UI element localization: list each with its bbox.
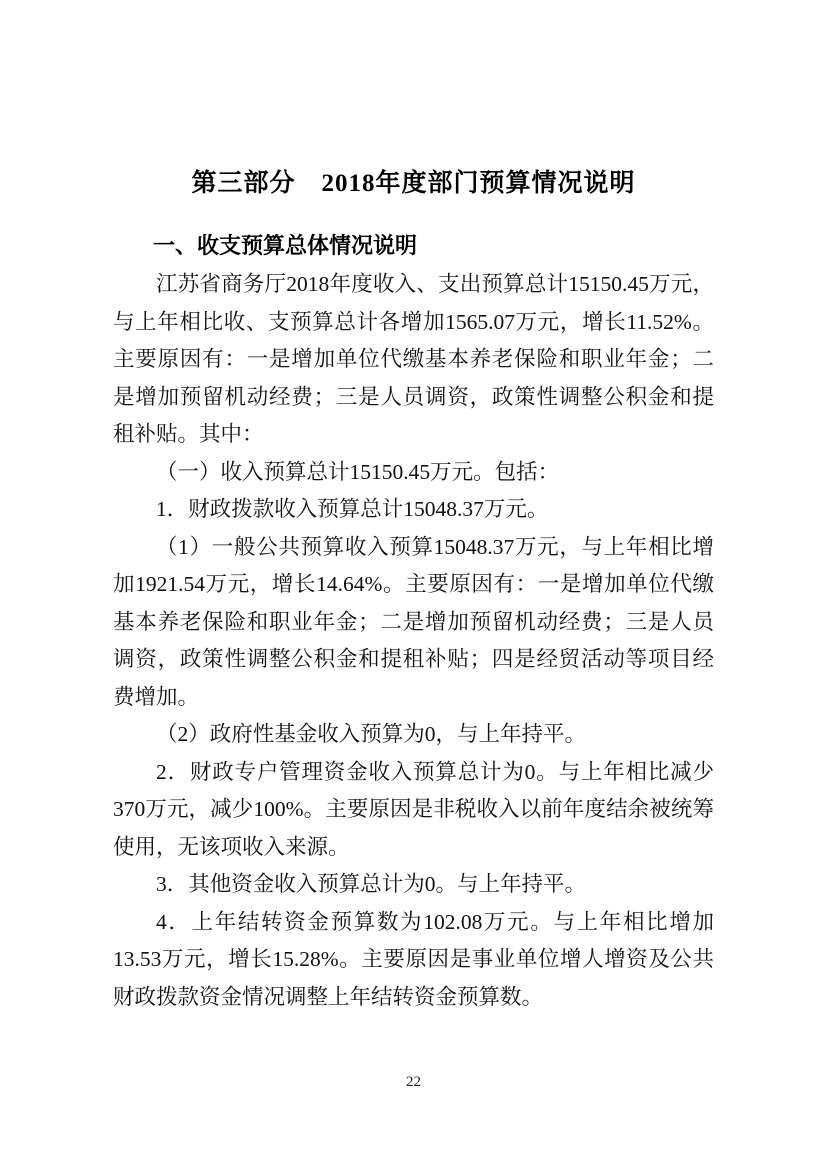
- document-body: 江苏省商务厅2018年度收入、支出预算总计15150.45万元，与上年相比收、支…: [113, 266, 714, 1016]
- paragraph-other-funds: 3．其他资金收入预算总计为0。与上年持平。: [113, 866, 714, 904]
- paragraph-carryover-funds: 4．上年结转资金预算数为102.08万元。与上年相比增加13.53万元，增长15…: [113, 904, 714, 1017]
- paragraph-income-total: （一）收入预算总计15150.45万元。包括：: [113, 454, 714, 492]
- document-title: 第三部分 2018年度部门预算情况说明: [113, 167, 714, 201]
- document-page: 第三部分 2018年度部门预算情况说明 一、收支预算总体情况说明 江苏省商务厅2…: [0, 0, 827, 1169]
- document-content: 第三部分 2018年度部门预算情况说明 一、收支预算总体情况说明 江苏省商务厅2…: [113, 167, 714, 1016]
- paragraph-general-public-budget: （1）一般公共预算收入预算15048.37万元，与上年相比增加1921.54万元…: [113, 529, 714, 717]
- page-number: 22: [0, 1074, 827, 1091]
- paragraph-special-account: 2．财政专户管理资金收入预算总计为0。与上年相比减少370万元，减少100%。主…: [113, 754, 714, 867]
- paragraph-government-fund: （2）政府性基金收入预算为0，与上年持平。: [113, 716, 714, 754]
- paragraph-overview: 江苏省商务厅2018年度收入、支出预算总计15150.45万元，与上年相比收、支…: [113, 266, 714, 454]
- section-heading: 一、收支预算总体情况说明: [113, 231, 714, 261]
- paragraph-fiscal-appropriation: 1．财政拨款收入预算总计15048.37万元。: [113, 491, 714, 529]
